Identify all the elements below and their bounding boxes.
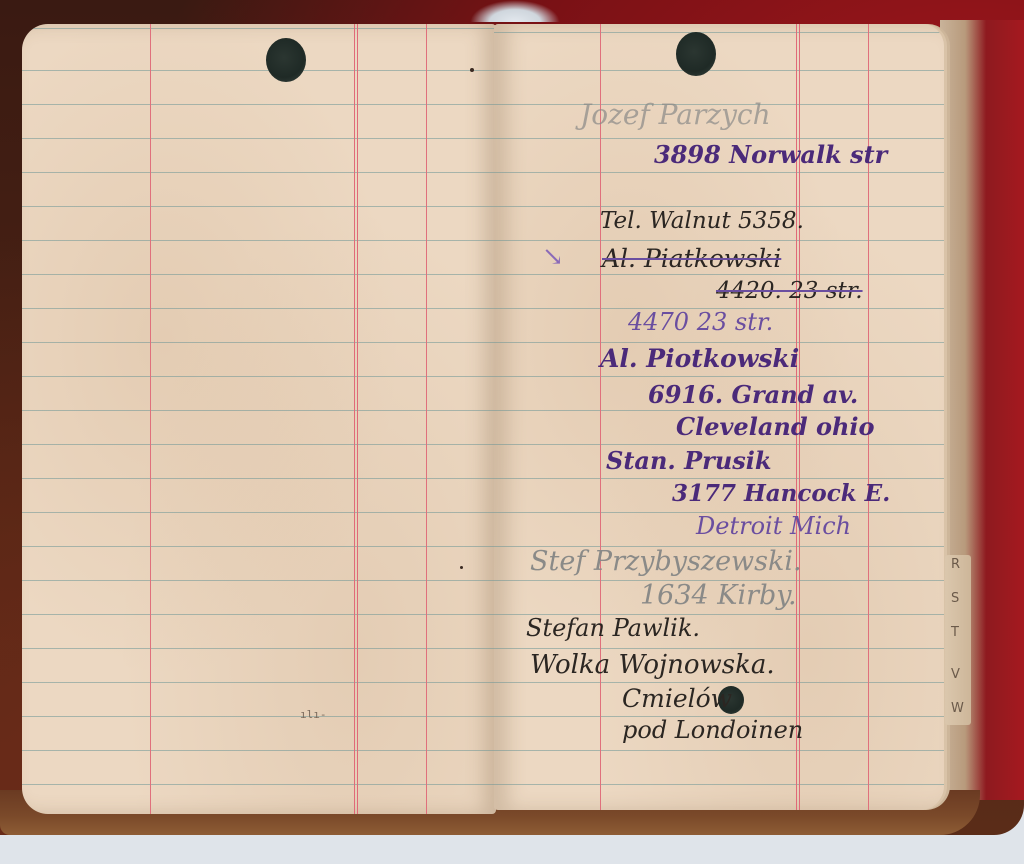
ink-speck [460, 566, 463, 569]
binding-hole [266, 38, 306, 82]
entry-stan-prusik-name: Stan. Prusik [606, 446, 772, 475]
left-page [22, 24, 496, 814]
entry-wolka-wojnowska-region: pod Londoinen [622, 716, 803, 744]
entry-stefan-pawlik: Stefan Pawlik. [526, 614, 700, 642]
entry-al-piatkowski-old-address: 4420. 23 str. [716, 278, 863, 304]
margin-rule [150, 24, 151, 814]
column-rule-double [354, 24, 358, 814]
margin-arrow-icon: ↘ [542, 244, 562, 274]
ruled-lines [22, 24, 496, 814]
entry-jozef-parzych: Jozef Parzych [580, 98, 771, 131]
entry-stef-przybyszewski-street: 1634 Kirby. [640, 580, 797, 611]
entry-al-piatkowski-struck: Al. Piatkowski [602, 244, 781, 273]
margin-rule [600, 24, 601, 810]
index-tab-v[interactable]: V [951, 667, 960, 682]
entry-stan-prusik-city: Detroit Mich [696, 512, 851, 540]
entry-stan-prusik-street: 3177 Hancock E. [672, 480, 890, 507]
entry-stef-przybyszewski-name: Stef Przybyszewski. [530, 546, 802, 577]
index-tab-t[interactable]: T [951, 625, 959, 640]
entry-al-piotkowski-city: Cleveland ohio [676, 412, 875, 441]
binding-hole [676, 32, 716, 76]
alphabet-index-tabs[interactable]: R S T V W [945, 555, 971, 725]
index-tab-s[interactable]: S [951, 591, 959, 606]
entry-norwalk-address: 3898 Norwalk str [654, 140, 887, 169]
entry-wolka-wojnowska-name: Wolka Wojnowska. [530, 650, 775, 680]
ink-speck [470, 68, 474, 72]
entry-tel-walnut: Tel. Walnut 5358. [600, 208, 804, 234]
index-tab-w[interactable]: W [951, 701, 964, 716]
entry-al-piotkowski-name: Al. Piotkowski [600, 344, 799, 373]
faint-pencil-mark: ılı- [300, 708, 327, 721]
entry-al-piatkowski-new-address: 4470 23 str. [628, 308, 773, 336]
entry-wolka-wojnowska-town: Cmielów [622, 684, 732, 713]
spine-gap [470, 0, 560, 22]
index-tab-r[interactable]: R [951, 557, 960, 572]
entry-al-piotkowski-street: 6916. Grand av. [648, 380, 858, 409]
column-rule [426, 24, 427, 814]
